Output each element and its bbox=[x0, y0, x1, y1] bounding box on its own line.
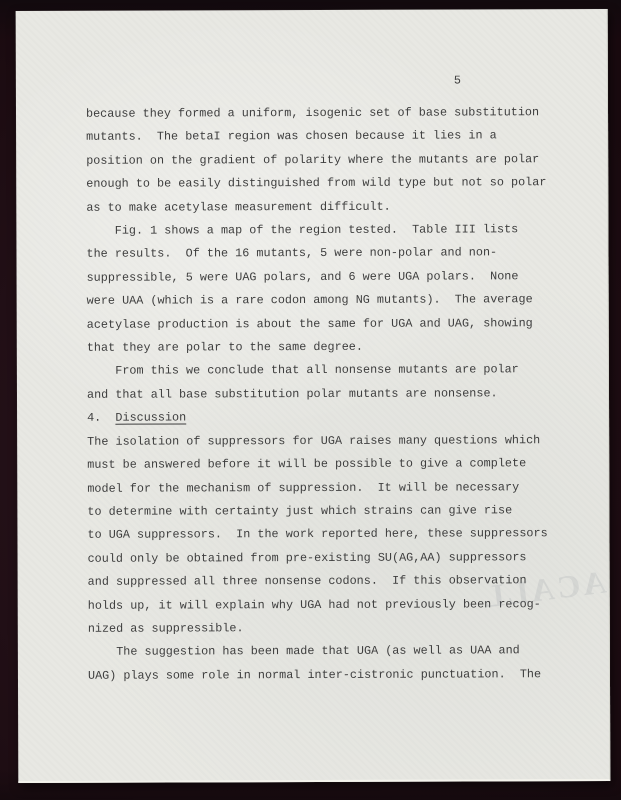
document-page: 5 because they formed a uniform, isogeni… bbox=[16, 9, 611, 783]
text-line: and that all base substitution polar mut… bbox=[87, 382, 592, 407]
text-line: because they formed a uniform, isogenic … bbox=[86, 101, 591, 126]
text-line: must be answered before it will be possi… bbox=[87, 452, 592, 477]
section-title: Discussion bbox=[115, 411, 186, 425]
text-line: The isolation of suppressors for UGA rai… bbox=[87, 429, 592, 454]
text-line: nized as suppressible. bbox=[88, 616, 593, 641]
text-line: position on the gradient of polarity whe… bbox=[86, 148, 591, 173]
text-line: and suppressed all three nonsense codons… bbox=[88, 569, 593, 594]
text-line: enough to be easily distinguished from w… bbox=[86, 171, 591, 196]
section-number: 4. bbox=[87, 411, 115, 425]
text-line: as to make acetylase measurement difficu… bbox=[86, 195, 591, 220]
page-number: 5 bbox=[454, 75, 461, 87]
text-line: could only be obtained from pre-existing… bbox=[88, 546, 593, 571]
text-line: were UAA (which is a rare codon among NG… bbox=[87, 288, 592, 313]
text-line: suppressible, 5 were UAG polars, and 6 w… bbox=[87, 265, 592, 290]
photo-backdrop: 5 because they formed a uniform, isogeni… bbox=[0, 0, 621, 800]
text-block: because they formed a uniform, isogenic … bbox=[86, 101, 593, 688]
text-line: model for the mechanism of suppression. … bbox=[87, 476, 592, 501]
text-line: acetylase production is about the same f… bbox=[87, 312, 592, 337]
text-line: The suggestion has been made that UGA (a… bbox=[88, 639, 593, 664]
text-line: mutants. The betaI region was chosen bec… bbox=[86, 124, 591, 149]
text-line: that they are polar to the same degree. bbox=[87, 335, 592, 360]
section-heading: 4. Discussion bbox=[87, 405, 592, 430]
text-line: to determine with certainty just which s… bbox=[87, 499, 592, 524]
text-line: UAG) plays some role in normal inter-cis… bbox=[88, 663, 593, 688]
text-line: From this we conclude that all nonsense … bbox=[87, 358, 592, 383]
text-line: Fig. 1 shows a map of the region tested.… bbox=[86, 218, 591, 243]
text-line: holds up, it will explain why UGA had no… bbox=[88, 593, 593, 618]
text-line: to UGA suppressors. In the work reported… bbox=[87, 522, 592, 547]
text-line: the results. Of the 16 mutants, 5 were n… bbox=[86, 241, 591, 266]
